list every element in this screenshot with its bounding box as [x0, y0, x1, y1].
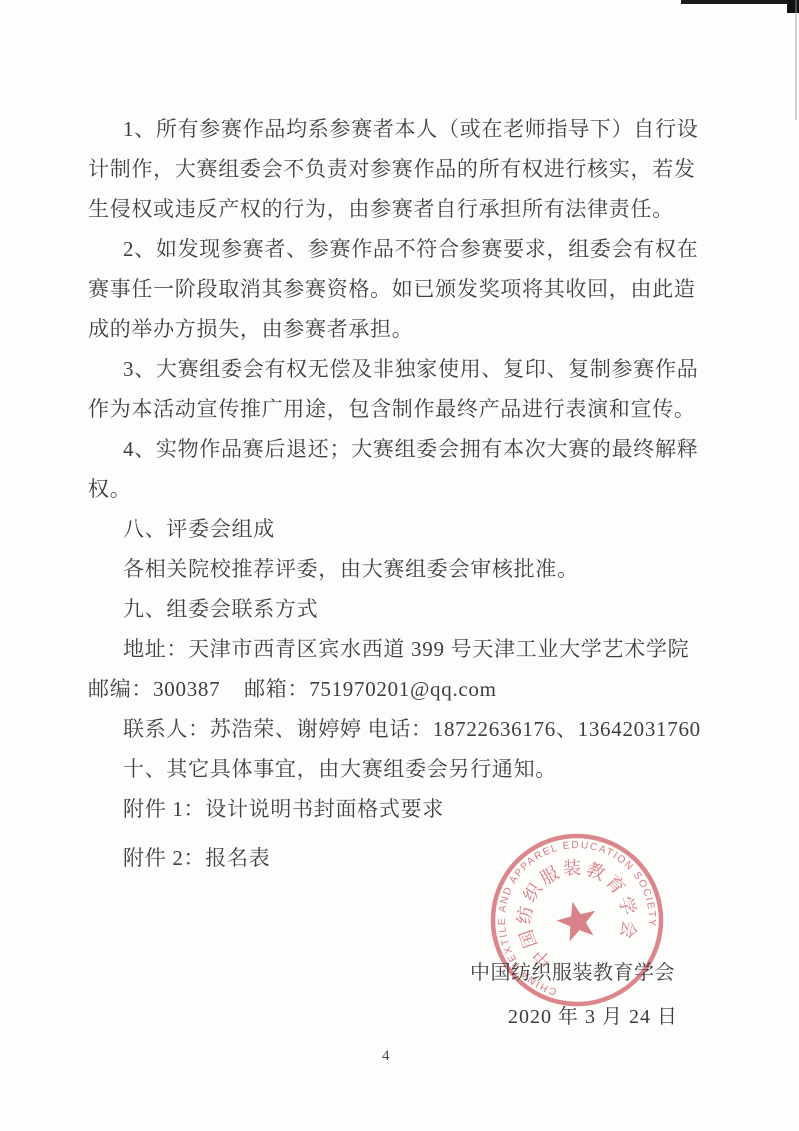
scanned-document-page: 1、所有参赛作品均系参赛者本人（或在老师指导下）自行设 计制作，大赛组委会不负责…: [0, 0, 799, 1131]
document-line: 各相关院校推荐评委，由大赛组委会审核批准。: [88, 549, 728, 589]
document-line: 3、大赛组委会有权无偿及非独家使用、复印、复制参赛作品: [88, 349, 728, 389]
page-number: 4: [382, 1048, 390, 1065]
document-line: 2、如发现参赛者、参赛作品不符合参赛要求，组委会有权在: [88, 229, 728, 269]
address-line: 地址：天津市西青区宾水西道 399 号天津工业大学艺术学院: [88, 629, 728, 669]
document-line: 生侵权或违反产权的行为，由参赛者自行承担所有法律责任。: [88, 189, 728, 229]
document-body: 1、所有参赛作品均系参赛者本人（或在老师指导下）自行设 计制作，大赛组委会不负责…: [88, 109, 728, 878]
scan-artifact-corner: [787, 0, 799, 13]
section-heading: 九、组委会联系方式: [88, 589, 728, 629]
document-line: 4、实物作品赛后退还；大赛组委会拥有本次大赛的最终解释: [88, 429, 728, 469]
postcode-email-line: 邮编：300387 邮箱：751970201@qq.com: [88, 669, 728, 709]
star-icon: [553, 897, 601, 944]
attachment-line: 附件 1：设计说明书封面格式要求: [88, 789, 728, 829]
section-heading: 八、评委会组成: [88, 509, 728, 549]
scan-artifact-edge: [795, 0, 797, 120]
scan-artifact-strip: [681, 0, 799, 4]
contact-line: 联系人：苏浩荣、谢婷婷 电话：18722636176、13642031760: [88, 709, 728, 749]
signature-organization: 中国纺织服装教育学会: [470, 960, 675, 986]
document-line: 权。: [88, 469, 728, 509]
document-line: 成的举办方损失，由参赛者承担。: [88, 309, 728, 349]
section-heading: 十、其它具体事宜，由大赛组委会另行通知。: [88, 749, 728, 789]
signature-date: 2020 年 3 月 24 日: [508, 1004, 678, 1030]
document-line: 作为本活动宣传推广用途，包含制作最终产品进行表演和宣传。: [88, 389, 728, 429]
document-line: 1、所有参赛作品均系参赛者本人（或在老师指导下）自行设: [88, 109, 728, 149]
document-line: 计制作，大赛组委会不负责对参赛作品的所有权进行核实，若发: [88, 149, 728, 189]
document-line: 赛事任一阶段取消其参赛资格。如已颁发奖项将其收回，由此造: [88, 269, 728, 309]
